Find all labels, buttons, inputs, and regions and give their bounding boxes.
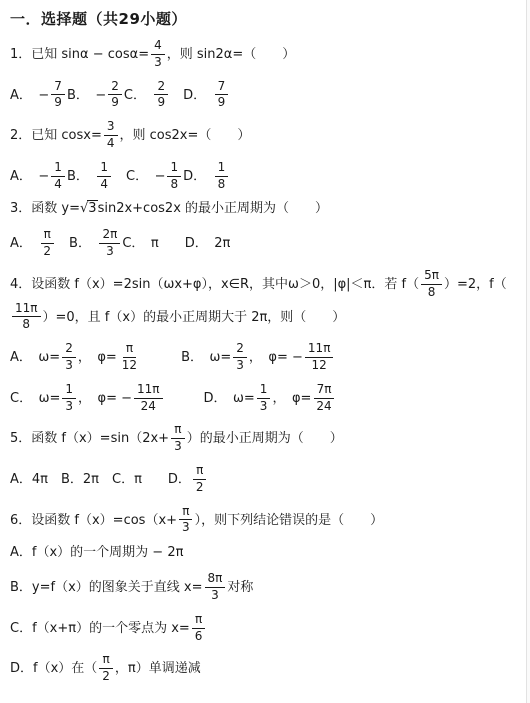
- question-5-stem: 5．函数 f（x）=sin（2x+π3）的最小正周期为（ ）: [10, 422, 514, 455]
- text-run: ），则下列结论错误的是（ ）: [195, 512, 384, 527]
- fraction-denominator: 3: [103, 244, 117, 259]
- text-run: C．: [124, 87, 153, 102]
- document-page: { "document": { "header": "一．选择题（共29小题）"…: [0, 0, 530, 703]
- text-run: C． π D． 2π: [122, 236, 230, 251]
- text-run: A．4π B．2π C．π D．: [10, 472, 191, 487]
- fraction-denominator: 3: [62, 358, 76, 373]
- fraction-numerator: 1: [257, 383, 271, 399]
- sqrt-radicand: 3: [87, 200, 97, 216]
- fraction-numerator: 1: [97, 161, 111, 177]
- text-run: 5．函数 f（x）=sin（2x+: [10, 431, 169, 446]
- fraction-denominator: 3: [208, 588, 222, 603]
- text-run: A． ω=: [10, 350, 60, 365]
- fraction-numerator: 2π: [99, 228, 120, 244]
- fraction: π2: [40, 228, 54, 259]
- question-6-option-c: C．f（x+π）的一个零点为 x=π6: [10, 612, 514, 645]
- text-run: B．: [67, 169, 95, 184]
- fraction-numerator: 4: [151, 39, 165, 55]
- text-run: B． −: [67, 87, 106, 102]
- fraction: 13: [62, 383, 76, 414]
- fraction-denominator: 3: [179, 520, 193, 535]
- text-run: ，则 cos2x=（ ）: [120, 128, 251, 143]
- fraction-numerator: 3: [104, 120, 118, 136]
- text-run: B．: [56, 236, 97, 251]
- fraction-numerator: 11π: [134, 383, 163, 399]
- fraction: π3: [171, 423, 185, 454]
- fraction-denominator: 2: [40, 244, 54, 259]
- fraction-denominator: 8: [215, 177, 229, 192]
- fraction: 14: [51, 161, 65, 192]
- question-1-stem: 1．已知 sinα − cosα=43，则 sin2α=（ ）: [10, 38, 514, 71]
- fraction: 2π3: [99, 228, 120, 259]
- fraction-denominator: 9: [51, 95, 65, 110]
- fraction: 13: [257, 383, 271, 414]
- text-run: D．: [170, 87, 213, 102]
- text-run: C．f（x+π）的一个零点为 x=: [10, 621, 190, 636]
- fraction-denominator: 24: [138, 399, 159, 414]
- fraction-numerator: 1: [51, 161, 65, 177]
- text-run: D．: [183, 169, 213, 184]
- text-run: 6．设函数 f（x）=cos（x+: [10, 512, 177, 527]
- question-1-options: A． −79B． −29C． 29 D． 79: [10, 79, 514, 112]
- text-run: ，π）单调递减: [115, 661, 201, 676]
- question-3-options: A． π2 B． 2π3C． π D． 2π: [10, 227, 514, 260]
- fraction: 18: [215, 161, 229, 192]
- fraction-numerator: 2: [62, 342, 76, 358]
- fraction-numerator: 1: [62, 383, 76, 399]
- fraction-denominator: 9: [154, 95, 168, 110]
- fraction-denominator: 8: [19, 317, 33, 332]
- fraction: 11π8: [12, 302, 41, 333]
- fraction-numerator: 2: [108, 80, 122, 96]
- question-6-option-d: D．f（x）在（π2，π）单调递减: [10, 652, 514, 685]
- fraction-numerator: 7π: [314, 383, 335, 399]
- fraction-denominator: 4: [51, 177, 65, 192]
- fraction: 43: [151, 39, 165, 70]
- fraction-numerator: π: [179, 505, 192, 521]
- text-run: 1．已知 sinα − cosα=: [10, 47, 149, 62]
- fraction-denominator: 6: [192, 629, 206, 644]
- fraction-numerator: 7: [51, 80, 65, 96]
- fraction: π2: [193, 464, 207, 495]
- question-6-stem: 6．设函数 f（x）=cos（x+π3），则下列结论错误的是（ ）: [10, 504, 514, 537]
- fraction-denominator: 4: [97, 177, 111, 192]
- text-run: A． −: [10, 169, 49, 184]
- fraction-numerator: 1: [215, 161, 229, 177]
- fraction: π12: [119, 342, 140, 373]
- fraction-numerator: 5π: [421, 269, 442, 285]
- text-run: ）=2，f（: [444, 277, 507, 292]
- text-run: B．y=f（x）的图象关于直线 x=: [10, 580, 203, 595]
- section-title: 一．选择题（共29小题）: [10, 8, 514, 29]
- sqrt-radical: √3: [80, 201, 98, 216]
- text-run: C． −: [113, 169, 165, 184]
- fraction-numerator: 1: [167, 161, 181, 177]
- text-run: 对称: [227, 580, 253, 595]
- fraction-numerator: 2: [233, 342, 247, 358]
- question-4-options-cd: C． ω=13， φ= −11π24 D． ω=13， φ=7π24: [10, 382, 514, 415]
- fraction-numerator: π: [123, 342, 136, 358]
- fraction: 14: [97, 161, 111, 192]
- fraction-denominator: 8: [425, 285, 439, 300]
- fraction-denominator: 3: [171, 439, 185, 454]
- question-5-options: A．4π B．2π C．π D．π2: [10, 463, 514, 496]
- fraction-numerator: 7: [215, 80, 229, 96]
- question-2-options: A． −14B． 14 C． −18D． 18: [10, 160, 514, 193]
- fraction: 79: [51, 80, 65, 111]
- fraction: 5π8: [421, 269, 442, 300]
- text-run: D．f（x）在（: [10, 661, 97, 676]
- fraction: 23: [233, 342, 247, 373]
- fraction-numerator: π: [171, 423, 184, 439]
- text-run: 4．设函数 f（x）=2sin（ωx+φ），x∈R，其中ω＞0，|φ|＜π．若 …: [10, 277, 419, 292]
- fraction-denominator: 12: [309, 358, 330, 373]
- fraction-denominator: 3: [233, 358, 247, 373]
- exam-document: 一．选择题（共29小题） 1．已知 sinα − cosα=43，则 sin2α…: [0, 0, 530, 703]
- fraction-denominator: 8: [167, 177, 181, 192]
- fraction-denominator: 4: [104, 136, 118, 151]
- text-run: C． ω=: [10, 391, 60, 406]
- fraction: 11π24: [134, 383, 163, 414]
- text-run: A．f（x）的一个周期为 − 2π: [10, 545, 183, 560]
- text-run: ， φ= −: [78, 391, 132, 406]
- document-body: 1．已知 sinα − cosα=43，则 sin2α=（ ）A． −79B． …: [10, 38, 514, 685]
- fraction-numerator: π: [192, 613, 205, 629]
- question-4-options-ab: A． ω=23， φ=π12 B． ω=23， φ= −11π12: [10, 341, 514, 374]
- fraction-numerator: 2: [154, 80, 168, 96]
- text-run: ， φ=: [78, 350, 117, 365]
- fraction: π2: [99, 653, 113, 684]
- fraction-denominator: 2: [193, 480, 207, 495]
- text-run: ， φ=: [272, 391, 311, 406]
- fraction: 34: [104, 120, 118, 151]
- fraction: 7π24: [313, 383, 334, 414]
- fraction: 79: [215, 80, 229, 111]
- fraction: π6: [192, 613, 206, 644]
- fraction: 23: [62, 342, 76, 373]
- fraction-denominator: 9: [108, 95, 122, 110]
- fraction-numerator: 11π: [12, 302, 41, 318]
- fraction-denominator: 24: [313, 399, 334, 414]
- fraction: 8π3: [205, 572, 226, 603]
- text-run: A． −: [10, 87, 49, 102]
- fraction-denominator: 3: [257, 399, 271, 414]
- fraction: 29: [108, 80, 122, 111]
- fraction-numerator: π: [41, 228, 54, 244]
- text-run: 2．已知 cosx=: [10, 128, 102, 143]
- page-edge-divider: [526, 0, 527, 703]
- fraction-numerator: π: [193, 464, 206, 480]
- text-run: A．: [10, 236, 38, 251]
- question-6-option-b: B．y=f（x）的图象关于直线 x=8π3对称: [10, 571, 514, 604]
- fraction: π3: [179, 505, 193, 536]
- fraction: 29: [154, 80, 168, 111]
- fraction-numerator: 8π: [205, 572, 226, 588]
- text-run: sin2x+cos2x 的最小正周期为（ ）: [98, 201, 328, 216]
- question-4-stem: 4．设函数 f（x）=2sin（ωx+φ），x∈R，其中ω＞0，|φ|＜π．若 …: [10, 268, 514, 333]
- text-run: ）的最小正周期为（ ）: [187, 431, 343, 446]
- fraction-denominator: 9: [215, 95, 229, 110]
- fraction-denominator: 3: [151, 55, 165, 70]
- fraction: 18: [167, 161, 181, 192]
- text-run: ）=0，且 f（x）的最小正周期大于 2π，则（ ）: [43, 309, 346, 324]
- text-run: 3．函数 y=: [10, 201, 80, 216]
- question-2-stem: 2．已知 cosx=34，则 cos2x=（ ）: [10, 119, 514, 152]
- fraction-numerator: 11π: [305, 342, 334, 358]
- question-3-stem: 3．函数 y=√3sin2x+cos2x 的最小正周期为（ ）: [10, 200, 514, 219]
- fraction-denominator: 2: [99, 669, 113, 684]
- fraction-denominator: 12: [119, 358, 140, 373]
- text-run: B． ω=: [142, 350, 231, 365]
- fraction-denominator: 3: [62, 399, 76, 414]
- question-6-option-a: A．f（x）的一个周期为 − 2π: [10, 544, 514, 563]
- text-run: D． ω=: [165, 391, 255, 406]
- fraction-numerator: π: [99, 653, 112, 669]
- fraction: 11π12: [305, 342, 334, 373]
- text-run: ，则 sin2α=（ ）: [167, 47, 296, 62]
- text-run: ， φ= −: [249, 350, 303, 365]
